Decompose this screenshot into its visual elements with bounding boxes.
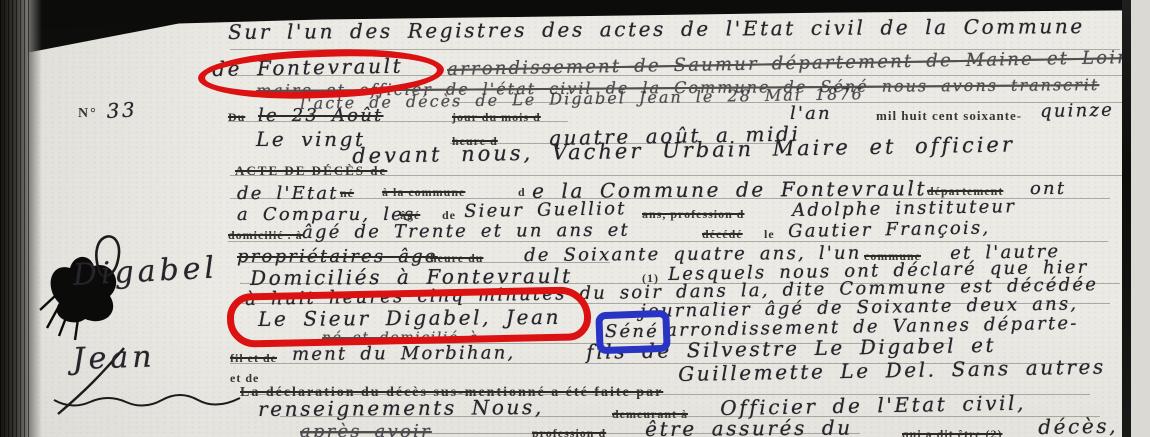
printed-ans-profession: ans, profession d: [642, 207, 744, 222]
printed-d: d: [518, 185, 526, 200]
adjacent-page-sliver: [1131, 0, 1150, 437]
hw-ment-du-morbihan: ment du Morbihan,: [292, 342, 515, 365]
page-fold-line: [1122, 0, 1131, 437]
hw-renseignements-nous: renseignements Nous,: [258, 395, 544, 421]
hw-deces: décès,: [1038, 414, 1118, 437]
printed-qui-a-dit-etre: qui a dit être (2): [902, 427, 1002, 437]
hw-ont: ont: [1030, 178, 1066, 199]
hw-proprietaires-age: propriétaires âge: [237, 246, 438, 267]
book-binding-texture: [0, 0, 30, 437]
act-number-value: 33: [106, 97, 138, 123]
printed-mil-huit-cent: mil huit cent soixante-: [876, 108, 1022, 124]
hw-sieur-guelliot: Sieur Guelliot: [464, 198, 627, 222]
hw-apres-avoir: après avoir: [300, 421, 432, 437]
printed-domicilie-a: domicilié . à: [228, 228, 303, 243]
hw-quinze: quinze: [1040, 100, 1114, 122]
struck-date-23-aout: le 23 Août: [258, 105, 383, 126]
printed-le: le: [764, 227, 775, 242]
blue-highlight-box-sene: [595, 310, 670, 355]
printed-decede: décédé: [702, 227, 743, 242]
printed-fil-et-de: fil et de: [230, 351, 277, 366]
hw-age-trente-et-un: âgé de Trente et un ans et: [302, 220, 630, 243]
hw-gautier-francois: Gautier François,: [788, 217, 990, 242]
red-highlight-oval-digabel-jean: [226, 286, 591, 348]
printed-du: Du: [228, 110, 245, 125]
printed-profession-d: profession d: [532, 426, 606, 437]
printed-et-de: et de: [230, 371, 259, 386]
marginal-signature-jean: Jean: [72, 339, 156, 377]
printed-jour-du-mois: jour du mois d: [452, 110, 541, 125]
scanned-death-record-page: N° 33 Digabel Jean Sur l'un des Registre…: [0, 0, 1150, 437]
act-number-label: N°: [78, 106, 98, 122]
printed-a-la-commune: à la commune: [382, 185, 465, 200]
hw-etre-assures-du: être assurés du: [645, 416, 853, 437]
printed-ne: né: [340, 186, 354, 201]
hw-de-letat: de l'Etat: [237, 183, 339, 204]
hw-le-vingt: Le vingt: [256, 127, 366, 151]
